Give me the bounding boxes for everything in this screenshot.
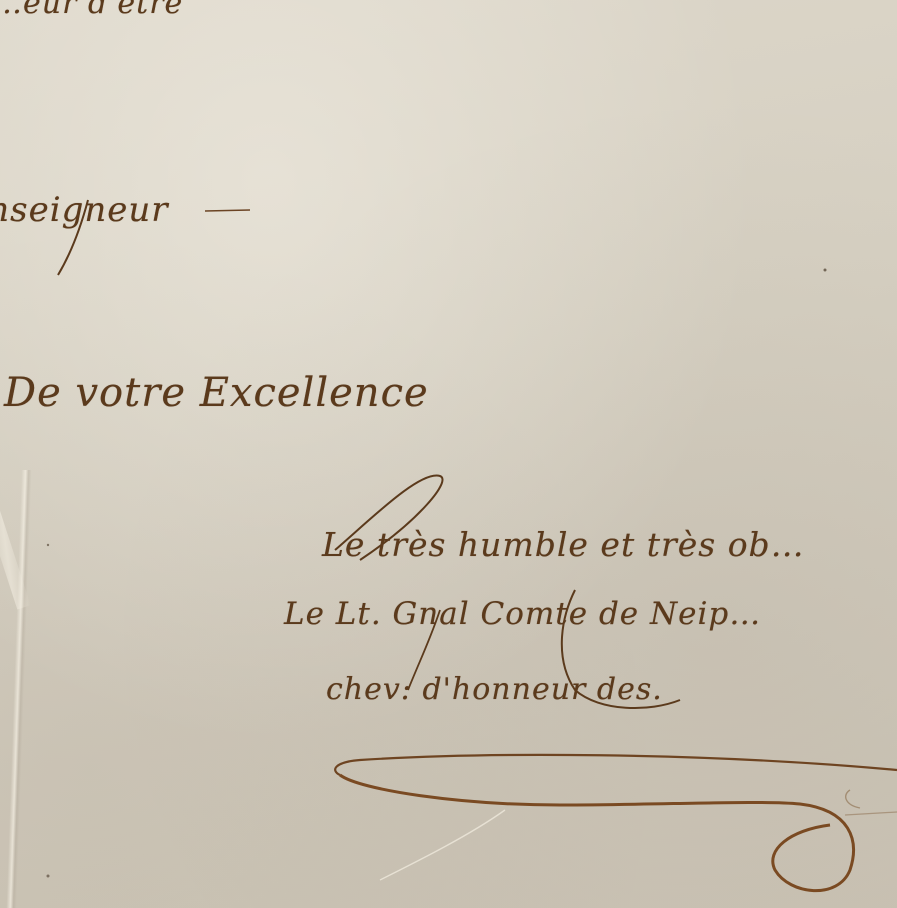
- dash-stroke: [205, 210, 250, 211]
- text-line-honour: chev: d'honneur des.: [326, 672, 663, 707]
- ink-flourishes: [0, 0, 897, 908]
- paraph-upper-stroke: [335, 755, 897, 775]
- text-line-excellence: De votre Excellence: [4, 370, 429, 416]
- letter-page: …eur d'être Monseigneur De votre Excelle…: [0, 0, 897, 908]
- text-line-1: …eur d'être: [0, 0, 183, 21]
- text-line-rank: Le Lt. Gnal Comte de Neip…: [284, 596, 761, 632]
- paper-crease: [6, 470, 31, 908]
- text-line-salutation: Monseigneur: [0, 190, 169, 230]
- paraph-lower-stroke: [340, 775, 853, 891]
- text-line-humble: Le très humble et très ob…: [322, 525, 805, 564]
